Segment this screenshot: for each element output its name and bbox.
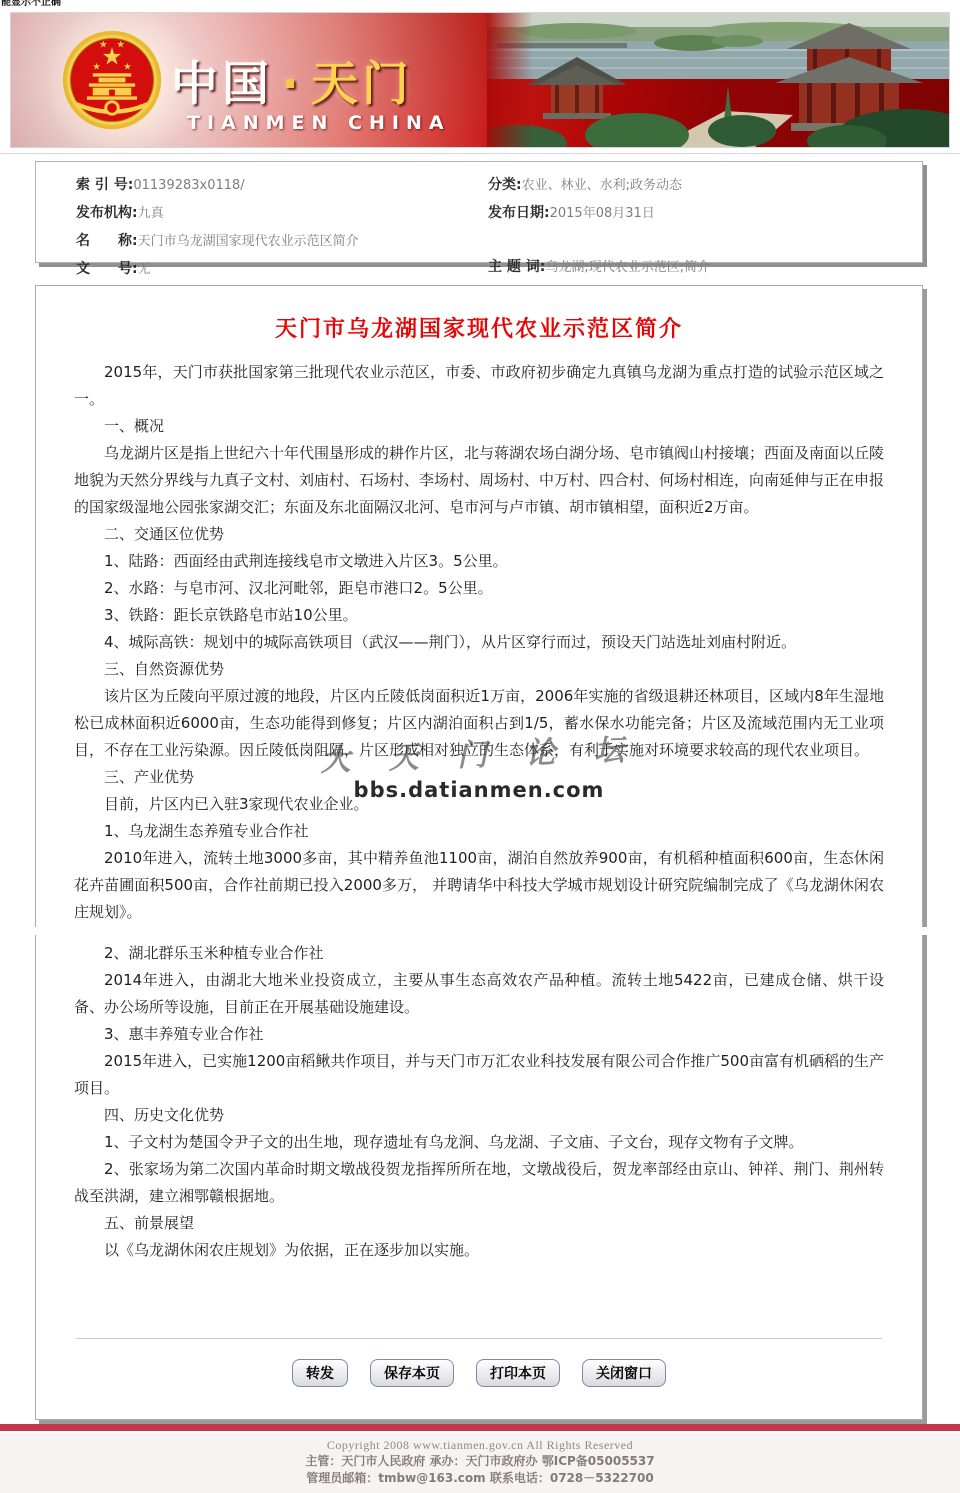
site-title-english: TIANMEN CHINA	[187, 112, 451, 134]
meta-left-column: 索 引 号:01139283x0118/ 发布机构:九真 名 称:天门市乌龙湖国…	[76, 171, 359, 283]
meta-index-label: 索 引 号:	[76, 177, 133, 193]
banner-scenery-photo	[487, 13, 949, 147]
meta-doc-name-value: 天门市乌龙湖国家现代农业示范区简介	[138, 234, 359, 249]
article-paragraph: 五、前景展望	[74, 1210, 884, 1237]
article-paragraph: 2、张家场为第二次国内革命时期文墩战役贺龙指挥所所在地，文墩战役后，贺龙率部经由…	[74, 1156, 884, 1210]
meta-doc-name-label: 名 称:	[76, 233, 138, 249]
close-window-button[interactable]: 关闭窗口	[582, 1359, 666, 1387]
article-paragraph: 四、历史文化优势	[74, 1102, 884, 1129]
site-banner: 中国·天门 TIANMEN CHINA	[10, 12, 950, 148]
article-paragraph: 目前，片区内已入驻3家现代农业企业。	[74, 791, 884, 818]
print-page-button[interactable]: 打印本页	[476, 1359, 560, 1387]
article-paragraph: 2015年进入，已实施1200亩稻鳅共作项目，并与天门市万汇农业科技发展有限公司…	[74, 1048, 884, 1102]
meta-doc-number-label: 文 号:	[76, 261, 138, 277]
site-title: 中国·天门	[171, 47, 413, 114]
article-paragraph: 2、湖北群乐玉米种植专业合作社	[74, 940, 884, 967]
article-paragraph: 3、惠丰养殖专业合作社	[74, 1021, 884, 1048]
content-divider	[76, 1338, 882, 1339]
article-paragraph: 2、水路：与皂市河、汉北河毗邻，距皂市港口2。5公里。	[74, 575, 884, 602]
article-paragraph: 二、交通区位优势	[74, 521, 884, 548]
meta-publish-date: 发布日期:2015年08月31日	[488, 199, 710, 227]
meta-keywords-label: 主 题 词:	[488, 259, 545, 275]
document-meta-box: 索 引 号:01139283x0118/ 发布机构:九真 名 称:天门市乌龙湖国…	[35, 161, 923, 263]
article-paragraph: 一、概况	[74, 413, 884, 440]
article-body: 2015年，天门市获批国家第三批现代农业示范区，市委、市政府初步确定九真镇乌龙湖…	[74, 359, 884, 1264]
article-paragraph: 以《乌龙湖休闲农庄规划》为依据，正在逐步加以实施。	[74, 1237, 884, 1264]
article-paragraph: 2014年进入，由湖北大地米业投资成立，主要从事生态高效农产品种植。流转土地54…	[74, 967, 884, 1021]
meta-publisher-label: 发布机构:	[76, 205, 138, 221]
meta-right-column: 分类:农业、林业、水利;政务动态 发布日期:2015年08月31日 主 题 词:…	[488, 171, 710, 281]
action-button-row: 转发 保存本页 打印本页 关闭窗口	[36, 1359, 922, 1387]
site-title-china: 中国	[171, 57, 273, 112]
top-clipped-note: 能显示不正确	[1, 0, 61, 8]
article-paragraph: 1、子文村为楚国令尹子文的出生地，现存遗址有乌龙涧、乌龙湖、子文庙、子文台，现存…	[74, 1129, 884, 1156]
article-paragraph: 3、铁路：距长京铁路皂市站10公里。	[74, 602, 884, 629]
footer-copyright: Copyright 2008 www.tianmen.gov.cn All Ri…	[0, 1438, 960, 1453]
site-footer: Copyright 2008 www.tianmen.gov.cn All Ri…	[0, 1431, 960, 1493]
article-title: 天门市乌龙湖国家现代农业示范区简介	[56, 312, 902, 343]
article-paragraph: 乌龙湖片区是指上世纪六十年代围垦形成的耕作片区，北与蒋湖农场白湖分场、皂市镇阀山…	[74, 440, 884, 521]
article-paragraph: 2015年，天门市获批国家第三批现代农业示范区，市委、市政府初步确定九真镇乌龙湖…	[74, 359, 884, 413]
meta-publisher: 发布机构:九真	[76, 199, 359, 227]
article-paragraph: 该片区为丘陵向平原过渡的地段，片区内丘陵低岗面积近1万亩，2006年实施的省级退…	[74, 683, 884, 764]
article-paragraph: 1、乌龙湖生态养殖专业合作社	[74, 818, 884, 845]
footer-red-bar	[0, 1424, 960, 1431]
banner-underline	[0, 153, 960, 154]
meta-doc-number-value: 无	[138, 262, 151, 277]
national-emblem-icon	[59, 27, 165, 133]
meta-category-value: 农业、林业、水利;政务动态	[522, 178, 682, 193]
article-paragraph: 4、城际高铁：规划中的城际高铁项目（武汉——荆门），从片区穿行而过，预设天门站选…	[74, 629, 884, 656]
meta-publisher-value: 九真	[138, 206, 164, 221]
meta-keywords-value: 乌龙湖;现代农业示范区;简介	[545, 260, 710, 275]
meta-publish-date-value: 2015年08月31日	[550, 206, 655, 221]
meta-publish-date-label: 发布日期:	[488, 205, 550, 221]
save-page-button[interactable]: 保存本页	[370, 1359, 454, 1387]
article-paragraph: 三、自然资源优势	[74, 656, 884, 683]
meta-doc-name: 名 称:天门市乌龙湖国家现代农业示范区简介	[76, 227, 359, 255]
meta-index-number: 索 引 号:01139283x0118/	[76, 171, 359, 199]
meta-doc-number: 文 号:无	[76, 255, 359, 283]
footer-contact-line: 管理员邮箱：tmbw@163.com 联系电话：0728－5322700	[0, 1470, 960, 1487]
article-box: 天门市乌龙湖国家现代农业示范区简介 2015年，天门市获批国家第三批现代农业示范…	[35, 285, 923, 1420]
meta-category: 分类:农业、林业、水利;政务动态	[488, 171, 710, 199]
screenshot-stitch-gap	[32, 927, 928, 935]
article-paragraph: 1、陆路：西面经由武荆连接线皂市文墩进入片区3。5公里。	[74, 548, 884, 575]
article-paragraph: 2010年进入，流转土地3000多亩，其中精养鱼池1100亩，湖泊自然放养900…	[74, 845, 884, 926]
title-dot-icon: ·	[273, 57, 311, 112]
meta-category-label: 分类:	[488, 177, 522, 193]
meta-keywords: 主 题 词:乌龙湖;现代农业示范区;简介	[488, 253, 710, 281]
forward-button[interactable]: 转发	[292, 1359, 348, 1387]
site-title-tianmen: 天门	[311, 57, 413, 112]
footer-sponsor-line: 主管：天门市人民政府 承办：天门市政府办 鄂ICP备05005537	[0, 1453, 960, 1470]
meta-index-value: 01139283x0118/	[133, 178, 244, 193]
article-paragraph: 三、产业优势	[74, 764, 884, 791]
